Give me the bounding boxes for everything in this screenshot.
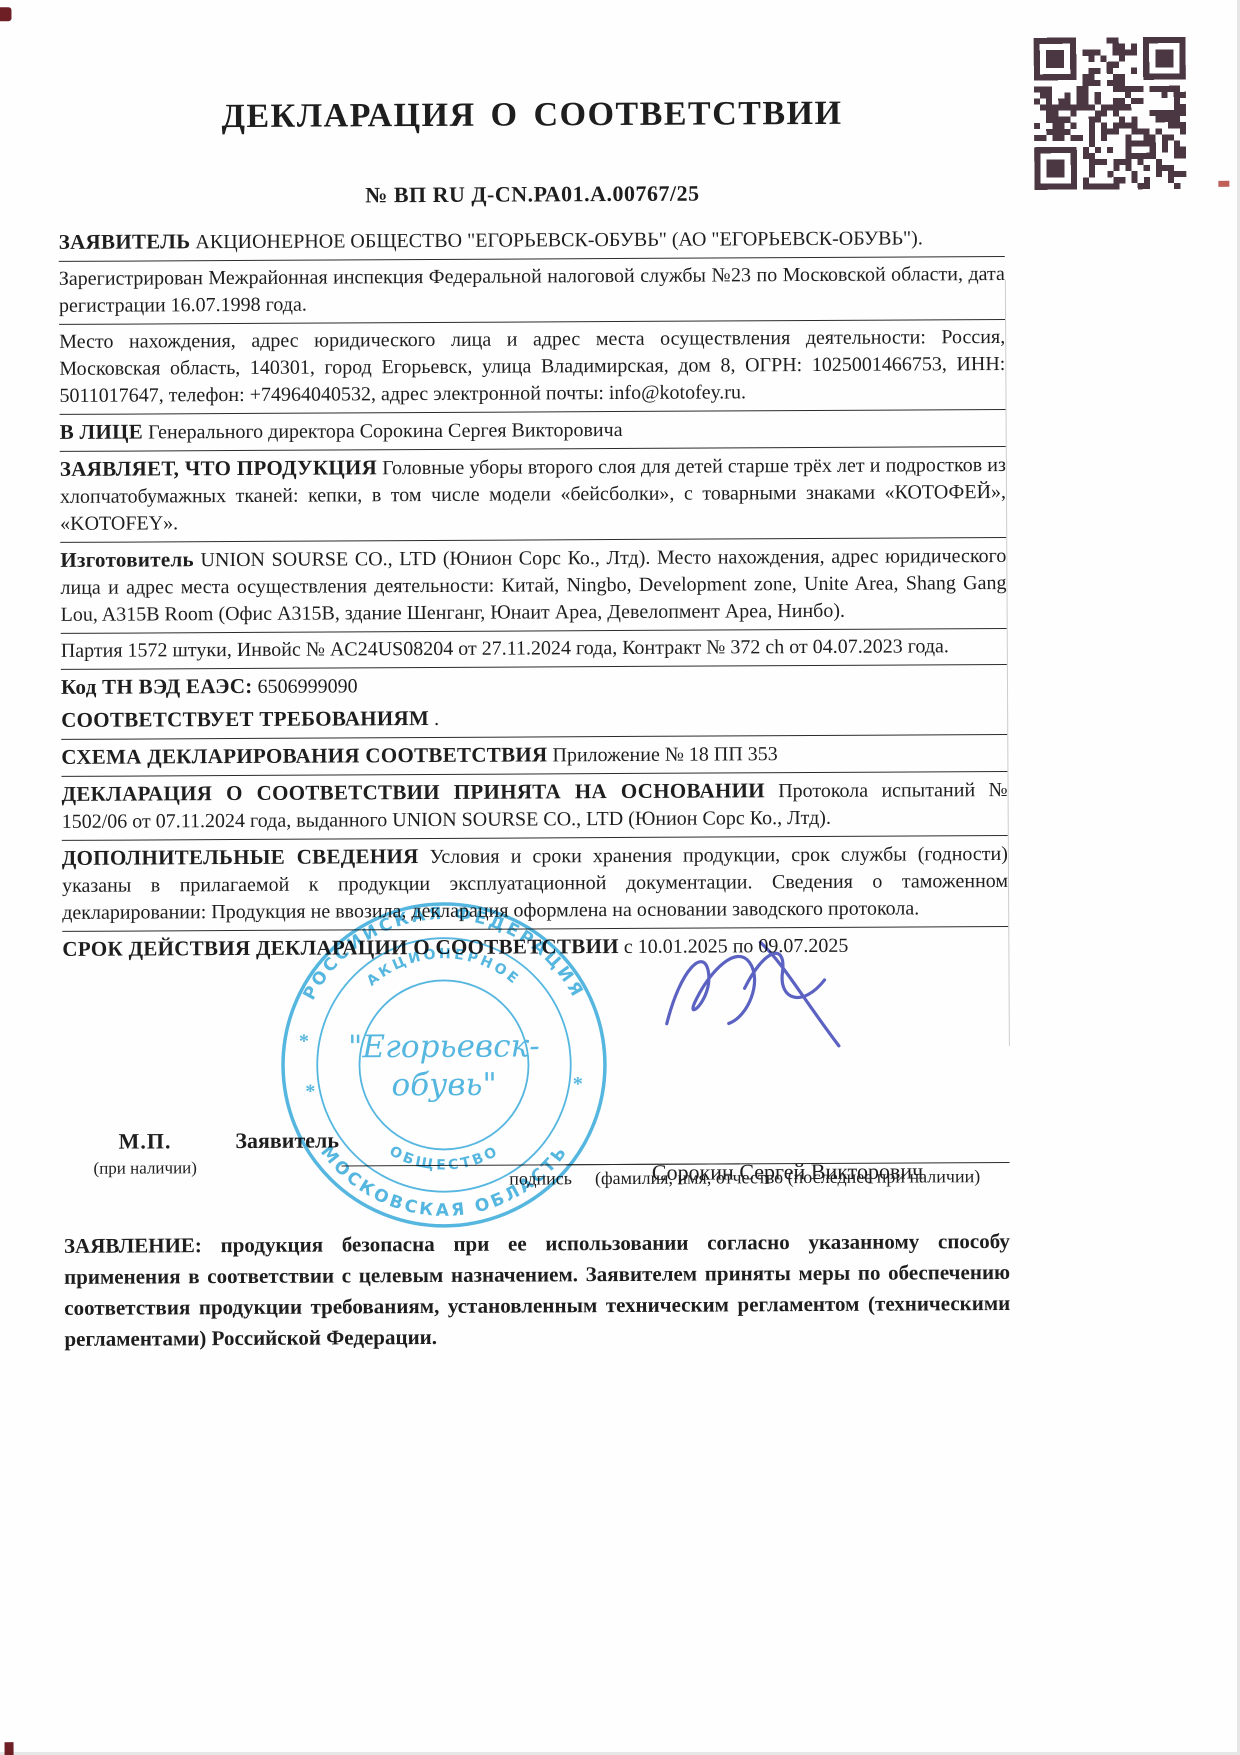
stamp-place: М.П. (при наличии) — [93, 1128, 197, 1179]
row-label: Изготовитель — [60, 547, 194, 572]
row-label: ЗАЯВИТЕЛЬ — [59, 229, 191, 254]
stamp-center-line2: обувь" — [391, 1067, 497, 1104]
statement-text: продукция безопасна при ее использовании… — [64, 1229, 1010, 1351]
row-text: 6506999090 — [258, 675, 358, 698]
mp-label: М.П. — [93, 1128, 197, 1155]
name-line: Сорокин Сергей Викторович (фамилия, имя,… — [566, 1162, 1010, 1189]
qr-code-icon — [1034, 33, 1187, 194]
row-label: СООТВЕТСТВУЕТ ТРЕБОВАНИЯМ — [61, 706, 429, 732]
stamp-center-line1: "Егорьевск- — [348, 1028, 540, 1065]
declaration-number: № ВП RU Д-CN.РА01.А.00767/25 — [58, 179, 1006, 210]
row-product: ЗАЯВЛЯЕТ, ЧТО ПРОДУКЦИЯ Головные уборы в… — [60, 447, 1006, 543]
row-text: Приложение № 18 ПП 353 — [552, 743, 777, 766]
row-text: Место нахождения, адрес юридического лиц… — [59, 326, 1005, 407]
stamp-inner-bottom-text: ОБЩЕСТВО — [386, 1143, 502, 1174]
document-page: ДЕКЛАРАЦИЯ О СООТВЕТСТВИИ № ВП RU Д-CN.Р… — [0, 0, 1240, 1755]
row-label: ДЕКЛАРАЦИЯ О СООТВЕТСТВИИ ПРИНЯТА НА ОСН… — [61, 778, 764, 806]
row-text: Генерального директора Сорокина Сергея В… — [148, 419, 623, 443]
row-address: Место нахождения, адрес юридического лиц… — [59, 320, 1005, 415]
row-text: Зарегистрирован Межрайонная инспекция Фе… — [59, 263, 1005, 317]
stamp-star: * — [305, 1081, 315, 1103]
row-meets-requirements: СООТВЕТСТВУЕТ ТРЕБОВАНИЯМ . — [61, 698, 1007, 740]
scan-artifact — [1218, 181, 1229, 187]
row-manufacturer: Изготовитель UNION SOURSE CO., LTD (Юнио… — [60, 538, 1006, 634]
row-label: ДОПОЛНИТЕЛЬНЫЕ СВЕДЕНИЯ — [62, 844, 419, 870]
statement-label: ЗАЯВЛЕНИЕ: — [64, 1233, 202, 1258]
row-text: UNION SOURSE CO., LTD (Юнион Сорс Ко., Л… — [60, 545, 1006, 626]
stamp-star: * — [299, 1031, 309, 1053]
scan-artifact — [0, 7, 12, 21]
scanned-document: ДЕКЛАРАЦИЯ О СООТВЕТСТВИИ № ВП RU Д-CN.Р… — [0, 0, 1240, 1755]
company-stamp-icon: РОССИЙСКАЯ ФЕДЕРАЦИЯ МОСКОВСКАЯ ОБЛАСТЬ … — [272, 893, 616, 1237]
handwritten-signature-icon — [652, 927, 853, 1060]
row-label: В ЛИЦЕ — [60, 419, 144, 443]
signatory-name: Сорокин Сергей Викторович — [565, 1158, 1009, 1186]
row-text: АКЦИОНЕРНОЕ ОБЩЕСТВО "ЕГОРЬЕВСК-ОБУВЬ" (… — [195, 227, 923, 253]
row-basis: ДЕКЛАРАЦИЯ О СООТВЕТСТВИИ ПРИНЯТА НА ОСН… — [61, 772, 1007, 841]
row-text: . — [434, 708, 439, 730]
declaration-table: ЗАЯВИТЕЛЬ АКЦИОНЕРНОЕ ОБЩЕСТВО "ЕГОРЬЕВС… — [59, 220, 1009, 968]
stamp-star: * — [573, 1073, 583, 1095]
page-title: ДЕКЛАРАЦИЯ О СООТВЕТСТВИИ — [58, 94, 1006, 137]
row-in-person: В ЛИЦЕ Генерального директора Сорокина С… — [60, 410, 1006, 452]
row-batch: Партия 1572 штуки, Инвойс № AC24US08204 … — [61, 629, 1007, 670]
row-text: Партия 1572 штуки, Инвойс № AC24US08204 … — [61, 635, 949, 662]
row-tnved-code: Код ТН ВЭД ЕАЭС: 6506999090 — [61, 665, 1007, 703]
scan-artifact — [5, 1742, 14, 1755]
svg-text:ОБЩЕСТВО: ОБЩЕСТВО — [386, 1143, 502, 1174]
row-label: Код ТН ВЭД ЕАЭС: — [61, 674, 253, 699]
row-registration: Зарегистрирован Межрайонная инспекция Фе… — [59, 257, 1005, 325]
row-applicant: ЗАЯВИТЕЛЬ АКЦИОНЕРНОЕ ОБЩЕСТВО "ЕГОРЬЕВС… — [59, 220, 1005, 262]
safety-statement: ЗАЯВЛЕНИЕ: продукция безопасна при ее ис… — [64, 1226, 1011, 1355]
row-label: ЗАЯВЛЯЕТ, ЧТО ПРОДУКЦИЯ — [60, 455, 377, 481]
row-declaration-scheme: СХЕМА ДЕКЛАРИРОВАНИЯ СООТВЕТСТВИЯ Прилож… — [61, 735, 1007, 777]
row-label: СХЕМА ДЕКЛАРИРОВАНИЯ СООТВЕТСТВИЯ — [61, 742, 547, 769]
mp-note: (при наличии) — [93, 1158, 196, 1179]
